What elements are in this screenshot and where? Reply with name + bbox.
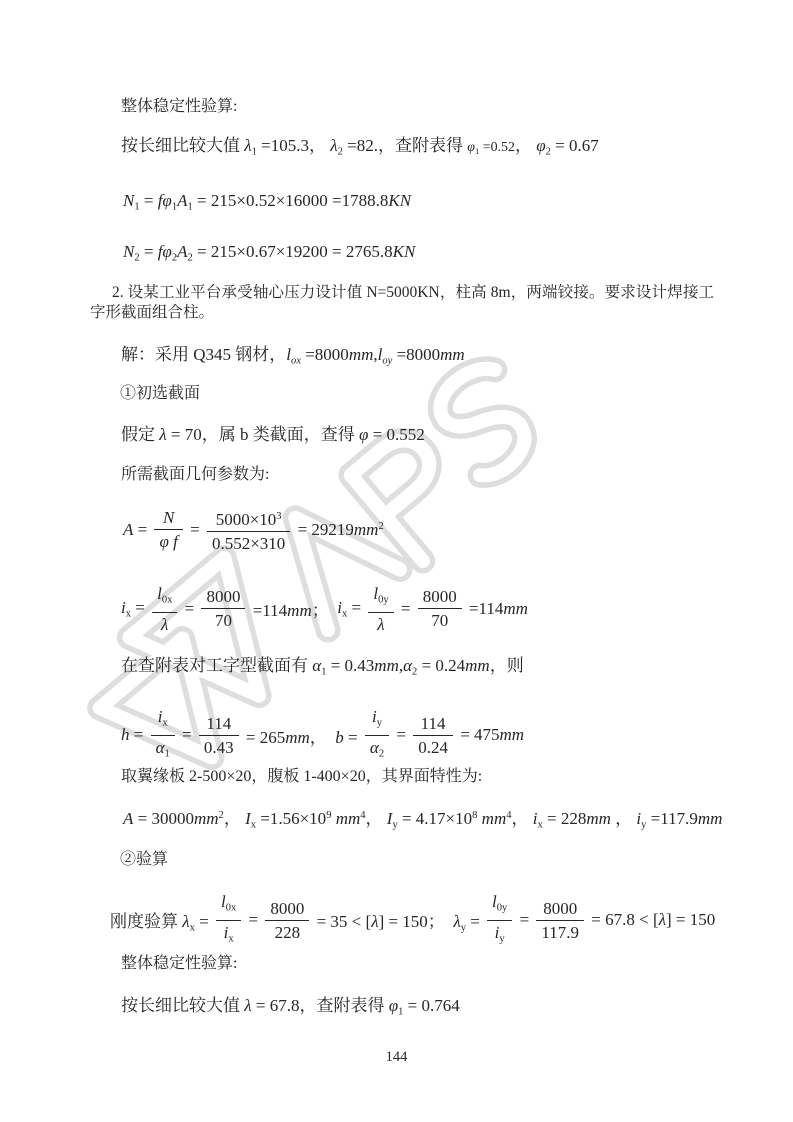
section-properties-line: A = 30000mm2， Ix =1.56×109 mm4， Iy = 4.1…	[123, 805, 722, 836]
formula-slenderness-phi: 按长细比较大值 λ1 =105.3， λ2 =82.，查附表得 φ1 =0.52…	[121, 135, 599, 164]
solution-materials-line: 解：采用 Q345 钢材，lox =8000mm,loy =8000mm	[121, 344, 465, 373]
final-phi-line: 按长细比较大值 λ = 67.8，查附表得 φ1 = 0.764	[121, 995, 460, 1024]
fraction: ixα1	[151, 707, 175, 763]
formula-segment: ix =	[337, 598, 365, 620]
problem-2-statement: 2. 设某工业平台承受轴心压力设计值 N=5000KN，柱高 8m，两端铰接。要…	[90, 283, 714, 323]
fraction: iyα2	[365, 707, 389, 763]
formula-segment: =	[244, 910, 262, 930]
document-page: 整体稳定性验算: 按长细比较大值 λ1 =105.3， λ2 =82.，查附表得…	[0, 0, 793, 1122]
formula-area-required: A = Nφ f = 5000×1030.552×310 = 29219mm2	[123, 507, 384, 553]
formula-segment: =	[392, 725, 410, 745]
section-heading-stability-2: 整体稳定性验算:	[121, 953, 237, 975]
fraction: 5000×1030.552×310	[207, 507, 290, 553]
fraction: 800070	[201, 587, 245, 630]
fraction: 800070	[418, 587, 462, 630]
formula-segment: =	[515, 910, 533, 930]
required-params-label: 所需截面几何参数为:	[121, 464, 269, 486]
formula-segment: ix =	[121, 598, 149, 620]
fraction: 1140.43	[199, 714, 239, 757]
formula-segment: =	[178, 725, 196, 745]
formula-segment: h =	[121, 725, 148, 745]
formula-segment: = 265mm， b =	[242, 723, 362, 748]
assumption-line: 假定 λ = 70，属 b 类截面，查得 φ = 0.552	[121, 424, 425, 446]
formula-n2: N2 = fφ2A2 = 215×0.67×19200 = 2765.8KN	[123, 241, 415, 270]
formula-segment: =	[180, 599, 198, 619]
fraction: 1140.24	[413, 714, 453, 757]
formula-segment: =	[186, 520, 204, 540]
formula-h-b: h = ixα1 = 1140.43 = 265mm， b = iyα2 = 1…	[121, 707, 524, 763]
formula-segment: = 29219mm2	[293, 520, 383, 540]
fraction: Nφ f	[154, 508, 182, 551]
fraction: l0yλ	[368, 584, 393, 634]
section-heading-stability-1: 整体稳定性验算:	[121, 96, 237, 118]
formula-segment: 刚度验算 λx =	[110, 907, 213, 934]
formula-segment: =114mm；	[248, 596, 337, 621]
formula-segment: = 67.8 < [λ] = 150	[587, 910, 715, 930]
fraction: l0xix	[216, 892, 241, 948]
formula-n1: N1 = fφ1A1 = 215×0.52×16000 =1788.8KN	[123, 190, 411, 219]
formula-stiffness-check: 刚度验算 λx = l0xix = 8000228 = 35 < [λ] = 1…	[110, 892, 715, 948]
formula-segment: =114mm	[465, 599, 528, 619]
plate-selection-line: 取翼缘板 2-500×20，腹板 1-400×20，其界面特性为:	[121, 766, 482, 788]
step-2-heading: ②验算	[120, 849, 168, 871]
fraction: l0xλ	[152, 584, 177, 634]
alpha-lookup-line: 在查附表对工字型截面有 α1 = 0.43mm,α2 = 0.24mm，则	[121, 655, 524, 684]
fraction: l0yiy	[487, 892, 512, 948]
formula-segment: = 475mm	[456, 725, 524, 745]
step-1-heading: ①初选截面	[120, 383, 200, 405]
formula-radius-gyration: ix = l0xλ = 800070 =114mm； ix = l0yλ = 8…	[121, 584, 528, 634]
page-number: 144	[0, 1049, 793, 1066]
formula-segment: =	[397, 599, 415, 619]
document-content: 整体稳定性验算: 按长细比较大值 λ1 =105.3， λ2 =82.，查附表得…	[0, 0, 793, 1122]
formula-segment: A =	[123, 520, 151, 540]
formula-segment: = 35 < [λ] = 150； λy =	[312, 907, 484, 934]
fraction: 8000228	[265, 899, 309, 942]
fraction: 8000117.9	[536, 899, 584, 942]
